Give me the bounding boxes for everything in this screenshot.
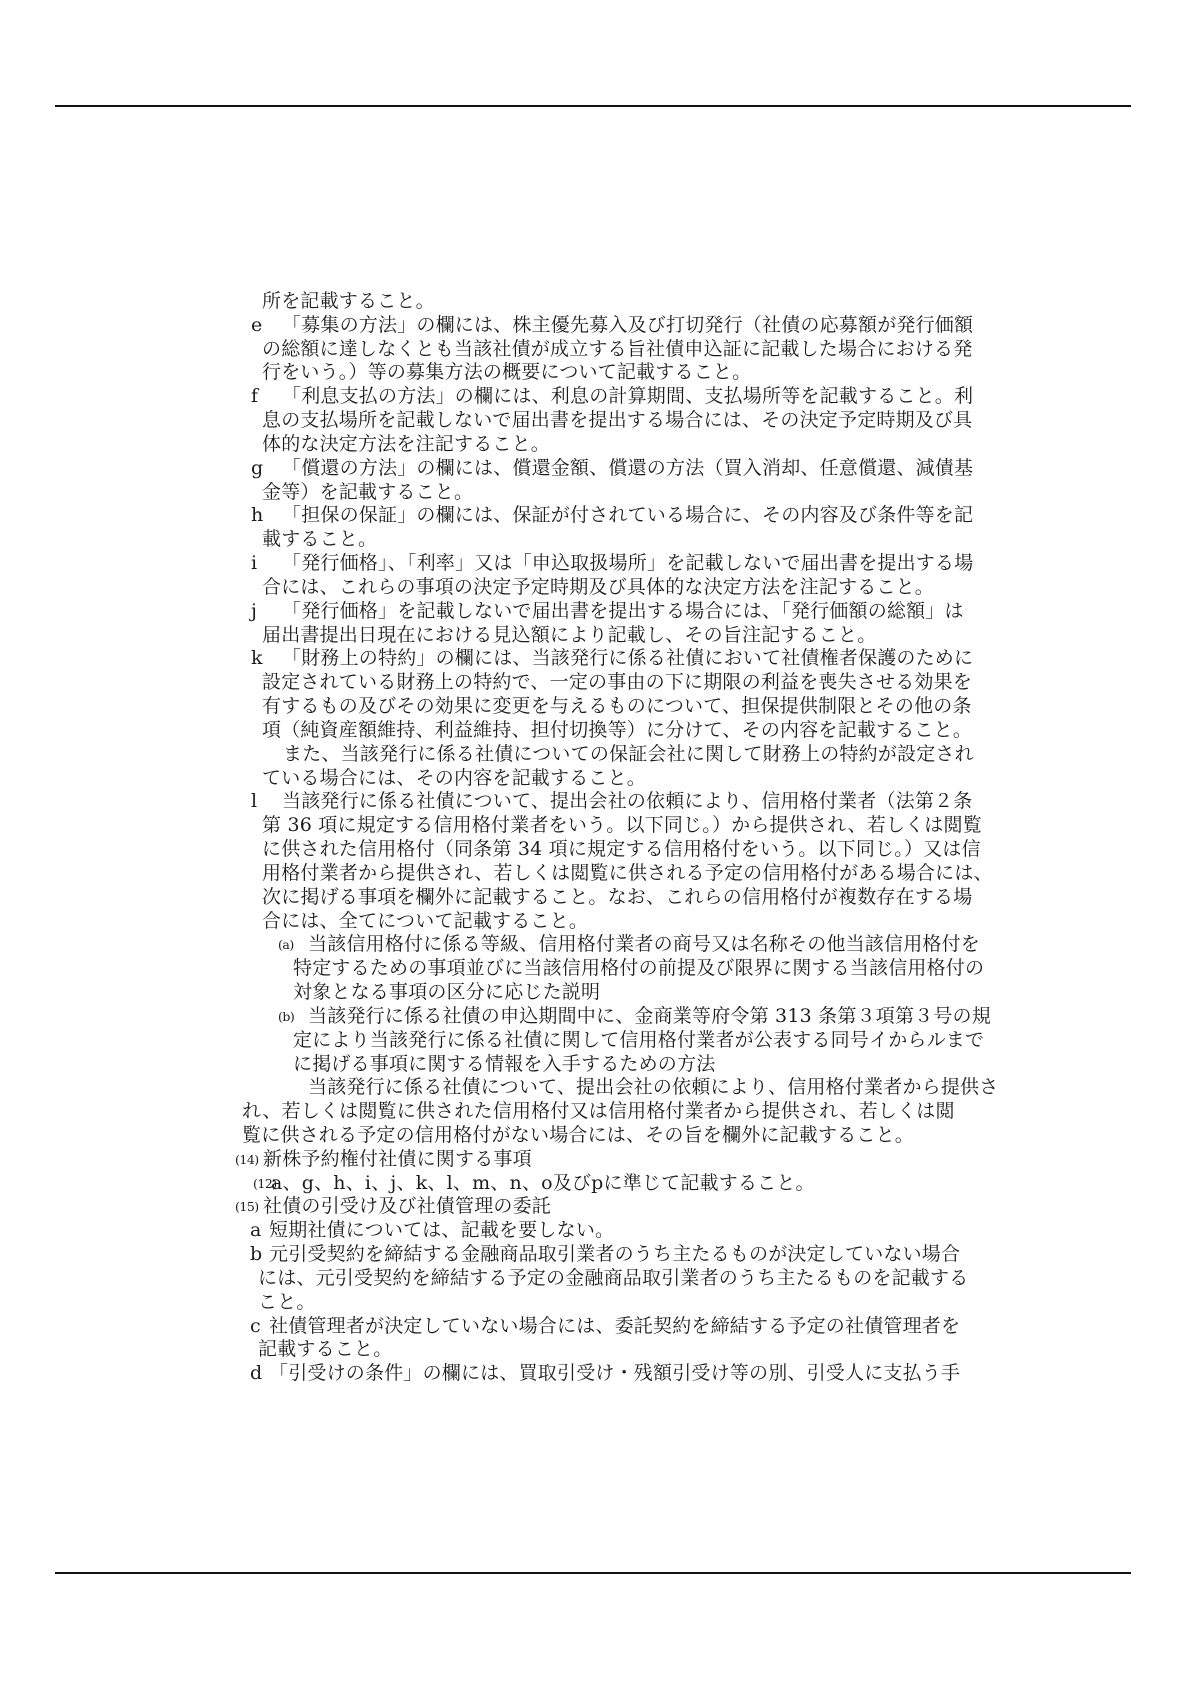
- line-text: こと。: [258, 1291, 316, 1313]
- text-line: (14)新株予約権付社債に関する事項: [0, 1148, 1192, 1172]
- line-text: 当該発行に係る社債の申込期間中に、金商業等府令第 313 条第３項第３号の規: [308, 1005, 991, 1027]
- text-line: (a)当該信用格付に係る等級、信用格付業者の商号又は名称その他当該信用格付を: [0, 933, 1192, 957]
- line-text: 定により当該発行に係る社債に関して信用格付業者が公表する同号イからルまで: [293, 1029, 984, 1051]
- line-text: 当該発行に係る社債について、提出会社の依頼により、信用格付業者から提供さ: [308, 1076, 998, 1098]
- text-line: 有するもの及びその効果に変更を与えるものについて、担保提供制限とその他の条: [0, 695, 1192, 719]
- item-label: l: [251, 790, 282, 814]
- line-text: に掲げる事項に関する情報を入手するための方法: [293, 1053, 715, 1075]
- text-line: こと。: [0, 1291, 1192, 1315]
- line-text: 「募集の方法」の欄には、株主優先募入及び打切発行（社債の応募額が発行価額: [282, 314, 973, 336]
- text-line: 当該発行に係る社債について、提出会社の依頼により、信用格付業者から提供さ: [0, 1076, 1192, 1100]
- line-text: 体的な決定方法を注記すること。: [262, 433, 550, 455]
- line-text: 社債管理者が決定していない場合には、委託契約を締結する予定の社債管理者を: [269, 1315, 960, 1337]
- document-page: 所を記載すること。e「募集の方法」の欄には、株主優先募入及び打切発行（社債の応募…: [0, 0, 1192, 1685]
- line-text: の総額に達しなくとも当該社債が成立する旨社債申込証に記載した場合における発: [262, 338, 972, 360]
- text-line: に供された信用格付（同条第 34 項に規定する信用格付をいう。以下同じ。）又は信: [0, 838, 1192, 862]
- text-line: れ、若しくは閲覧に供された信用格付又は信用格付業者から提供され、若しくは閲: [0, 1100, 1192, 1124]
- text-line: (12)a、g、h、i、j、k、l、m、n、o及びpに準じて記載すること。: [0, 1172, 1192, 1196]
- line-text: 合には、全てについて記載すること。: [262, 910, 588, 932]
- line-text: 用格付業者から提供され、若しくは閲覧に供される予定の信用格付がある場合には、: [262, 862, 993, 884]
- text-line: 第 36 項に規定する信用格付業者をいう。以下同じ。）から提供され、若しくは閲覧: [0, 814, 1192, 838]
- text-line: 息の支払場所を記載しないで届出書を提出する場合には、その決定予定時期及び具: [0, 409, 1192, 433]
- item-label: c: [250, 1315, 269, 1339]
- line-text: 金等）を記載すること。: [262, 481, 473, 503]
- line-text: ている場合には、その内容を記載すること。: [262, 767, 646, 789]
- text-line: f「利息支払の方法」の欄には、利息の計算期間、支払場所等を記載すること。利: [0, 385, 1192, 409]
- document-body: 所を記載すること。e「募集の方法」の欄には、株主優先募入及び打切発行（社債の応募…: [0, 290, 1192, 1386]
- item-label: (b): [278, 1005, 308, 1029]
- text-line: j「発行価格」を記載しないで届出書を提出する場合には、「発行価額の総額」は: [0, 600, 1192, 624]
- text-line: また、当該発行に係る社債についての保証会社に関して財務上の特約が設定され: [0, 743, 1192, 767]
- line-text: 載すること。: [262, 528, 377, 550]
- line-text: 「引受けの条件」の欄には、買取引受け・残額引受け等の別、引受人に支払う手: [269, 1362, 960, 1384]
- item-label: (a): [278, 933, 308, 957]
- text-line: 項（純資産額維持、利益維持、担付切換等）に分けて、その内容を記載すること。: [0, 719, 1192, 743]
- line-text: 記載すること。: [258, 1338, 392, 1360]
- text-line: 載すること。: [0, 528, 1192, 552]
- text-line: l当該発行に係る社債について、提出会社の依頼により、信用格付業者（法第２条: [0, 790, 1192, 814]
- line-text: 当該発行に係る社債について、提出会社の依頼により、信用格付業者（法第２条: [282, 790, 972, 812]
- item-label: i: [251, 552, 282, 576]
- item-label: f: [251, 385, 282, 409]
- text-line: 金等）を記載すること。: [0, 481, 1192, 505]
- text-line: 定により当該発行に係る社債に関して信用格付業者が公表する同号イからルまで: [0, 1029, 1192, 1053]
- line-text: a、g、h、i、j、k、l、m、n、o及びpに準じて記載すること。: [271, 1172, 815, 1194]
- line-text: 設定されている財務上の特約で、一定の事由の下に期限の利益を喪失させる効果を: [262, 671, 972, 693]
- text-line: 次に掲げる事項を欄外に記載すること。なお、これらの信用格付が複数存在する場: [0, 886, 1192, 910]
- line-text: 「発行価格」、「利率」又は「申込取扱場所」を記載しないで届出書を提出する場: [282, 552, 973, 574]
- text-line: 合には、これらの事項の決定予定時期及び具体的な決定方法を注記すること。: [0, 576, 1192, 600]
- line-text: 所を記載すること。: [262, 290, 435, 312]
- text-line: (b)当該発行に係る社債の申込期間中に、金商業等府令第 313 条第３項第３号の…: [0, 1005, 1192, 1029]
- line-text: 「財務上の特約」の欄には、当該発行に係る社債において社債権者保護のために: [282, 647, 973, 669]
- line-text: 次に掲げる事項を欄外に記載すること。なお、これらの信用格付が複数存在する場: [262, 886, 972, 908]
- line-text: 息の支払場所を記載しないで届出書を提出する場合には、その決定予定時期及び具: [262, 409, 972, 431]
- text-line: 記載すること。: [0, 1338, 1192, 1362]
- item-label: j: [251, 600, 282, 624]
- line-text: 有するもの及びその効果に変更を与えるものについて、担保提供制限とその他の条: [262, 695, 972, 717]
- line-text: 短期社債については、記載を要しない。: [269, 1219, 614, 1241]
- line-text: また、当該発行に係る社債についての保証会社に関して財務上の特約が設定され: [283, 743, 974, 765]
- line-text: 「償還の方法」の欄には、償還金額、償還の方法（買入消却、任意償還、減債基: [282, 457, 973, 479]
- text-line: ている場合には、その内容を記載すること。: [0, 767, 1192, 791]
- item-label: (12): [253, 1172, 271, 1196]
- item-label: (14): [235, 1148, 263, 1172]
- text-line: の総額に達しなくとも当該社債が成立する旨社債申込証に記載した場合における発: [0, 338, 1192, 362]
- line-text: に供された信用格付（同条第 34 項に規定する信用格付をいう。以下同じ。）又は信: [262, 838, 981, 860]
- text-line: k「財務上の特約」の欄には、当該発行に係る社債において社債権者保護のために: [0, 647, 1192, 671]
- line-text: 当該信用格付に係る等級、信用格付業者の商号又は名称その他当該信用格付を: [308, 933, 980, 955]
- item-label: b: [250, 1243, 269, 1267]
- line-text: 対象となる事項の区分に応じた説明: [293, 981, 600, 1003]
- item-label: a: [250, 1219, 269, 1243]
- text-line: には、元引受契約を締結する予定の金融商品取引業者のうち主たるものを記載する: [0, 1267, 1192, 1291]
- item-label: e: [251, 314, 282, 338]
- item-label: g: [251, 457, 282, 481]
- line-text: 合には、これらの事項の決定予定時期及び具体的な決定方法を注記すること。: [262, 576, 934, 598]
- text-line: d「引受けの条件」の欄には、買取引受け・残額引受け等の別、引受人に支払う手: [0, 1362, 1192, 1386]
- line-text: 覧に供される予定の信用格付がない場合には、その旨を欄外に記載すること。: [242, 1124, 914, 1146]
- text-line: 合には、全てについて記載すること。: [0, 910, 1192, 934]
- text-line: 体的な決定方法を注記すること。: [0, 433, 1192, 457]
- line-text: 第 36 項に規定する信用格付業者をいう。以下同じ。）から提供され、若しくは閲覧: [262, 814, 982, 836]
- top-rule: [55, 105, 1131, 107]
- text-line: 覧に供される予定の信用格付がない場合には、その旨を欄外に記載すること。: [0, 1124, 1192, 1148]
- line-text: 社債の引受け及び社債管理の委託: [263, 1195, 551, 1217]
- item-label: d: [250, 1362, 269, 1386]
- line-text: 特定するための事項並びに当該信用格付の前提及び限界に関する当該信用格付の: [293, 957, 984, 979]
- text-line: 特定するための事項並びに当該信用格付の前提及び限界に関する当該信用格付の: [0, 957, 1192, 981]
- item-label: (15): [235, 1195, 263, 1219]
- text-line: c社債管理者が決定していない場合には、委託契約を締結する予定の社債管理者を: [0, 1315, 1192, 1339]
- line-text: 項（純資産額維持、利益維持、担付切換等）に分けて、その内容を記載すること。: [262, 719, 972, 741]
- line-text: 届出書提出日現在における見込額により記載し、その旨注記すること。: [262, 624, 876, 646]
- item-label: k: [251, 647, 282, 671]
- line-text: には、元引受契約を締結する予定の金融商品取引業者のうち主たるものを記載する: [258, 1267, 968, 1289]
- line-text: 元引受契約を締結する金融商品取引業者のうち主たるものが決定していない場合: [269, 1243, 960, 1265]
- line-text: 「担保の保証」の欄には、保証が付されている場合に、その内容及び条件等を記: [282, 504, 973, 526]
- line-text: 「利息支払の方法」の欄には、利息の計算期間、支払場所等を記載すること。利: [282, 385, 973, 407]
- text-line: 届出書提出日現在における見込額により記載し、その旨注記すること。: [0, 624, 1192, 648]
- line-text: 新株予約権付社債に関する事項: [263, 1148, 532, 1170]
- text-line: g「償還の方法」の欄には、償還金額、償還の方法（買入消却、任意償還、減債基: [0, 457, 1192, 481]
- bottom-rule: [55, 1572, 1131, 1574]
- text-line: e「募集の方法」の欄には、株主優先募入及び打切発行（社債の応募額が発行価額: [0, 314, 1192, 338]
- text-line: に掲げる事項に関する情報を入手するための方法: [0, 1053, 1192, 1077]
- line-text: 行をいう。）等の募集方法の概要について記載すること。: [262, 361, 751, 383]
- text-line: a短期社債については、記載を要しない。: [0, 1219, 1192, 1243]
- text-line: 用格付業者から提供され、若しくは閲覧に供される予定の信用格付がある場合には、: [0, 862, 1192, 886]
- text-line: (15)社債の引受け及び社債管理の委託: [0, 1195, 1192, 1219]
- item-label: h: [251, 504, 282, 528]
- text-line: i「発行価格」、「利率」又は「申込取扱場所」を記載しないで届出書を提出する場: [0, 552, 1192, 576]
- text-line: 対象となる事項の区分に応じた説明: [0, 981, 1192, 1005]
- line-text: れ、若しくは閲覧に供された信用格付又は信用格付業者から提供され、若しくは閲: [242, 1100, 955, 1122]
- text-line: 所を記載すること。: [0, 290, 1192, 314]
- text-line: h「担保の保証」の欄には、保証が付されている場合に、その内容及び条件等を記: [0, 504, 1192, 528]
- text-line: 設定されている財務上の特約で、一定の事由の下に期限の利益を喪失させる効果を: [0, 671, 1192, 695]
- text-line: b元引受契約を締結する金融商品取引業者のうち主たるものが決定していない場合: [0, 1243, 1192, 1267]
- text-line: 行をいう。）等の募集方法の概要について記載すること。: [0, 361, 1192, 385]
- line-text: 「発行価格」を記載しないで届出書を提出する場合には、「発行価額の総額」は: [282, 600, 964, 622]
